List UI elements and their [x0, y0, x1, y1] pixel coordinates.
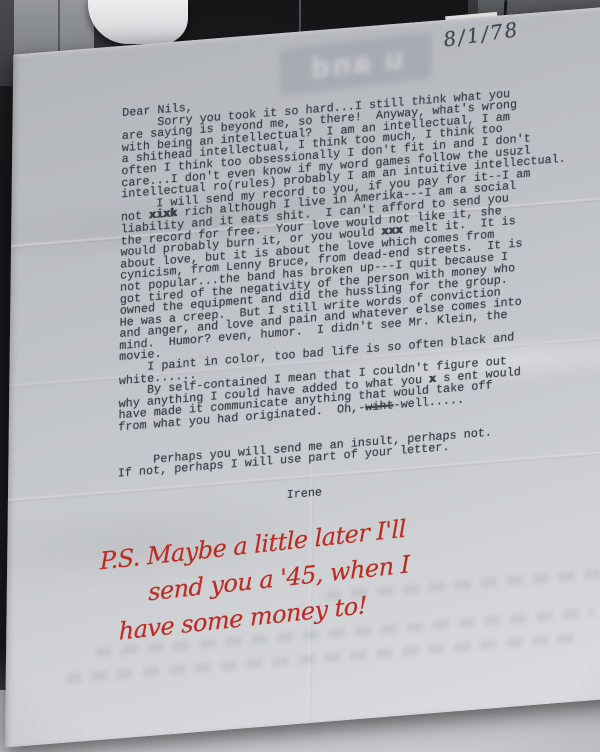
letter-paper: u and Dear Nils, Sorry you took it so ha… [5, 0, 600, 748]
background-white-object [88, 0, 188, 44]
handwritten-ps-note: P.S. Maybe a little later I'llsend you a… [100, 510, 411, 651]
struck-out-word: wiht [365, 398, 393, 414]
typed-letter-body: Dear Nils, Sorry you took it so hard...I… [117, 72, 567, 515]
photo-of-letter: u and Dear Nils, Sorry you took it so ha… [0, 0, 600, 752]
